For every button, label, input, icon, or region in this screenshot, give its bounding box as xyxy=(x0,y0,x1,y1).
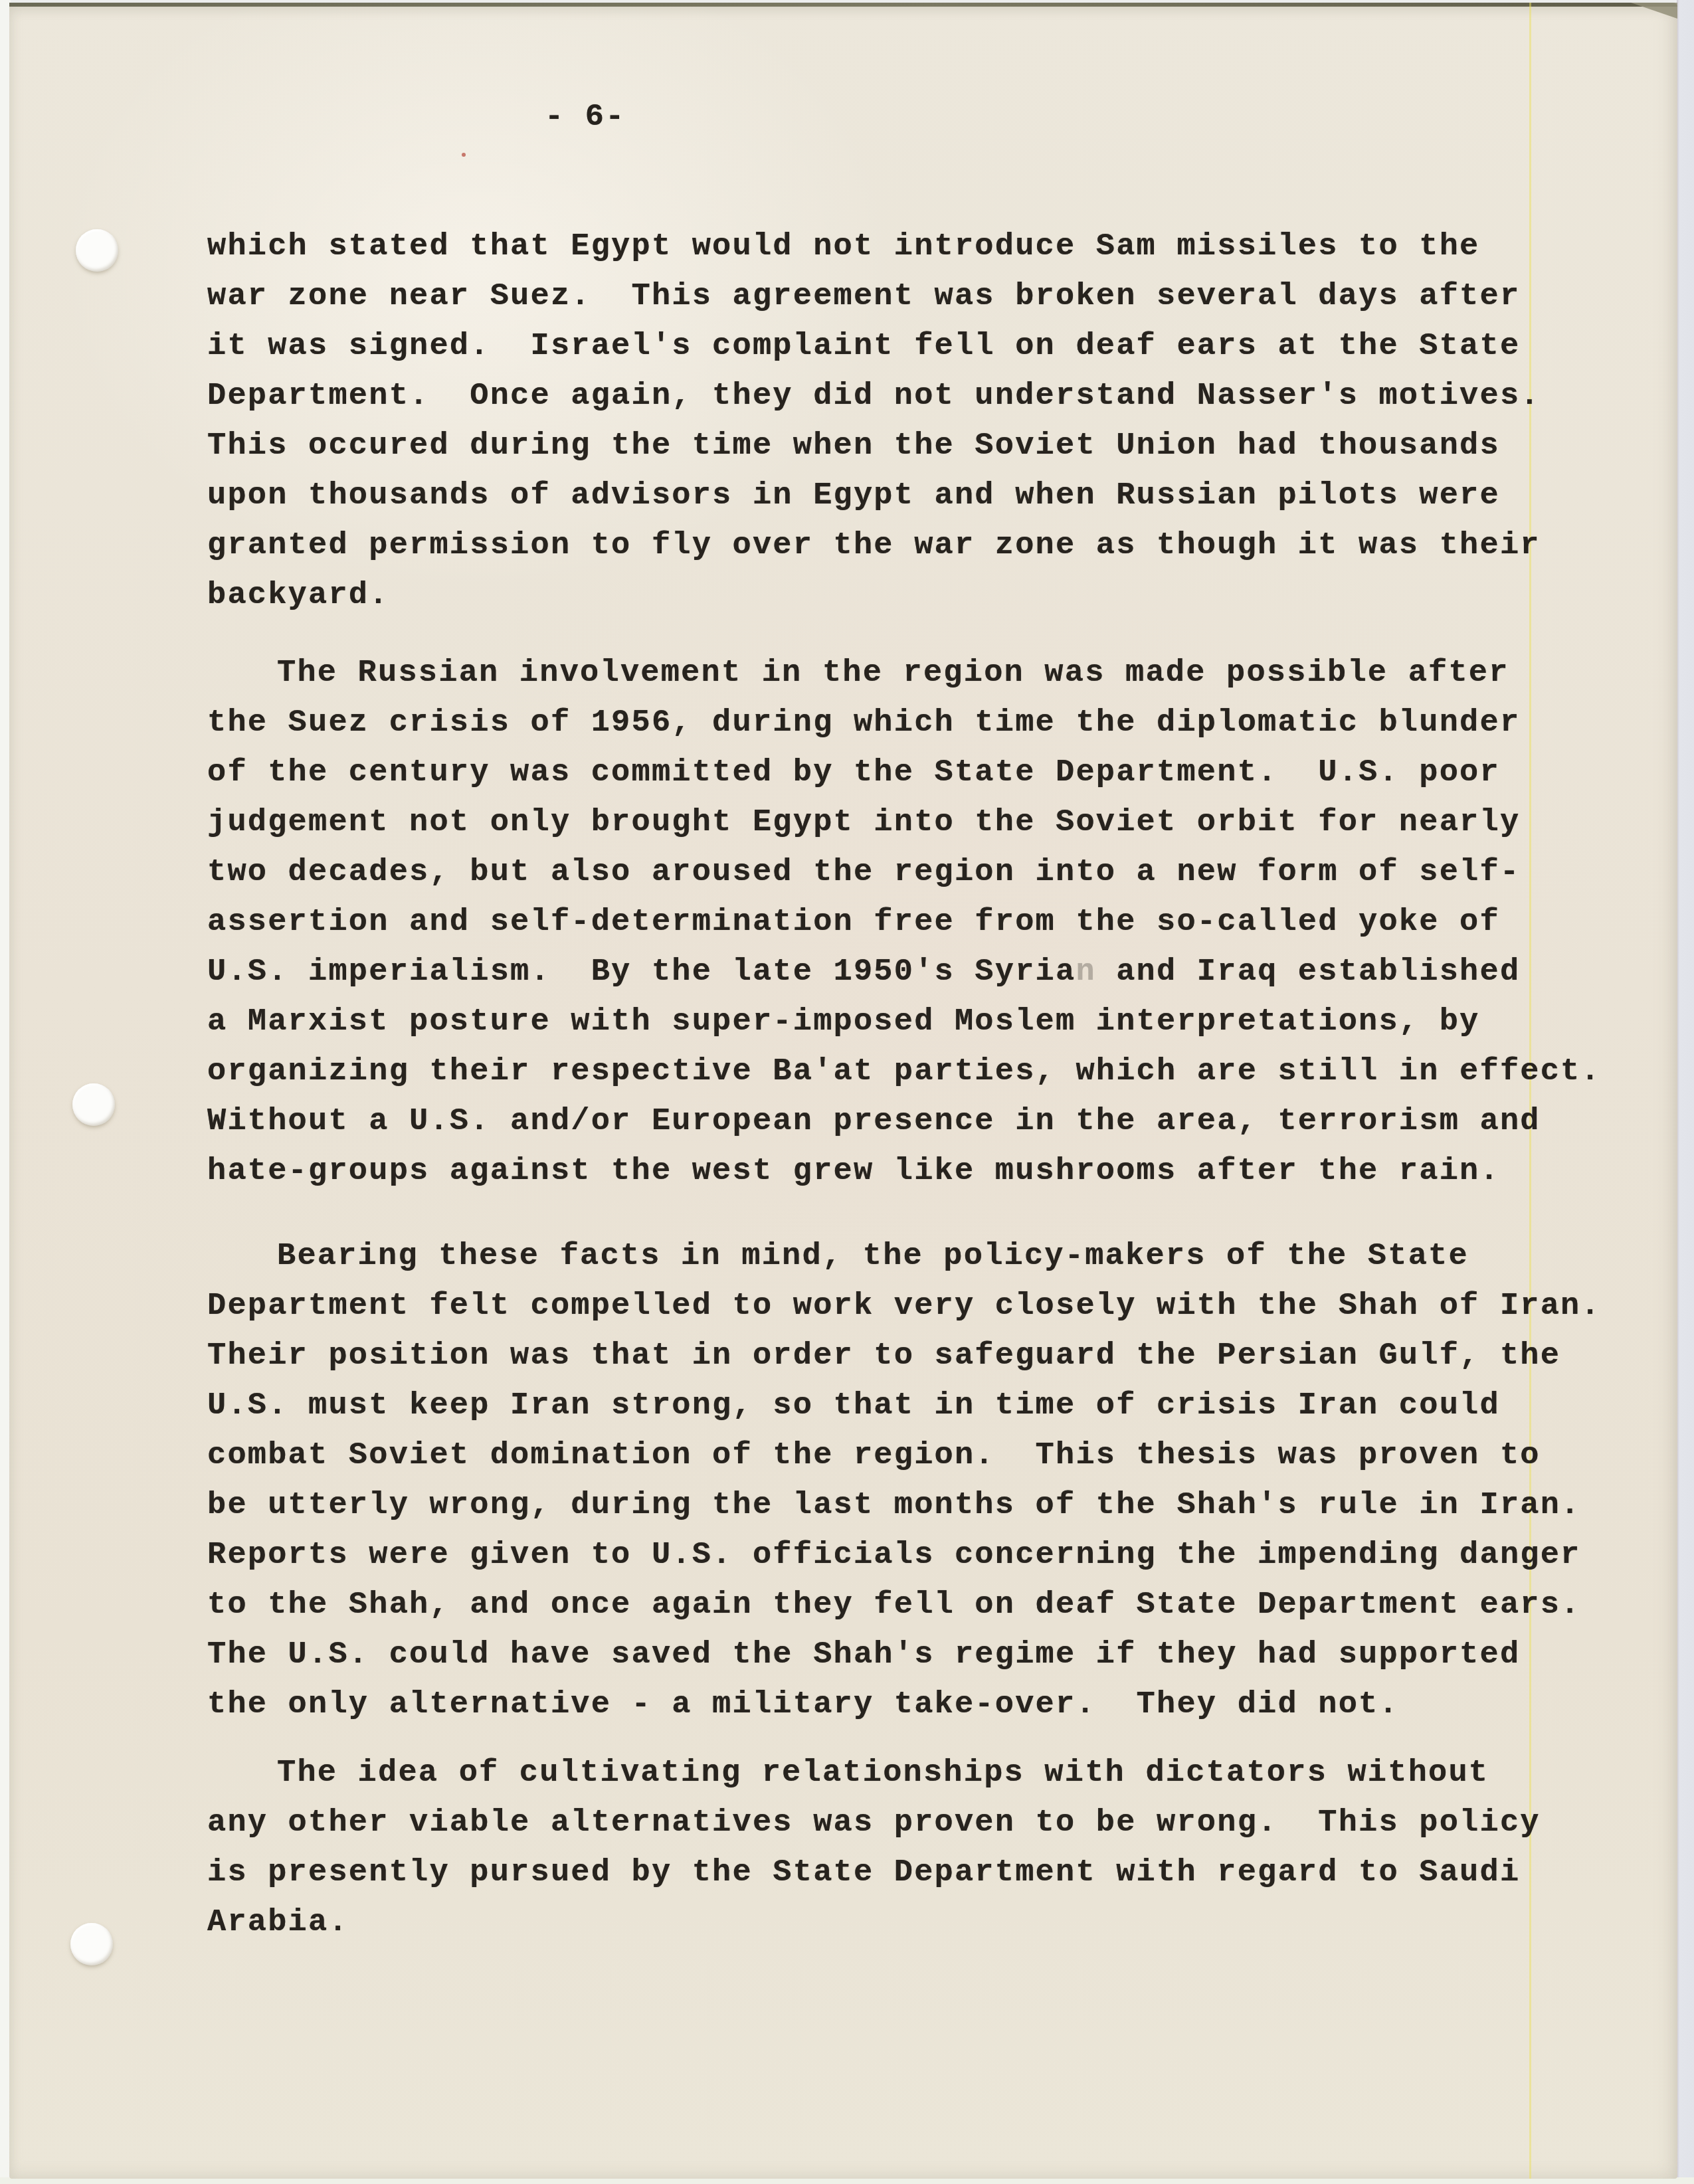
text-line: The idea of cultivating relationships wi… xyxy=(207,1748,1689,1798)
erased-character: n xyxy=(1076,955,1095,990)
text-line: war zone near Suez. This agreement was b… xyxy=(207,272,1689,321)
text-line: is presently pursued by the State Depart… xyxy=(207,1848,1689,1898)
text-segment: and Iraq established xyxy=(1096,955,1521,990)
text-line: organizing their respective Ba'at partie… xyxy=(207,1047,1689,1097)
scanned-document: - 6- which stated that Egypt would not i… xyxy=(0,0,1694,2184)
text-line: which stated that Egypt would not introd… xyxy=(207,222,1689,272)
text-line: any other viable alternatives was proven… xyxy=(207,1798,1689,1848)
text-line: two decades, but also aroused the region… xyxy=(207,848,1689,897)
text-line: This occured during the time when the So… xyxy=(207,421,1689,471)
text-segment: U.S. imperialism. By the late 1950's Syr… xyxy=(207,955,1076,990)
text-line: the Suez crisis of 1956, during which ti… xyxy=(207,698,1689,748)
paragraph-4: The idea of cultivating relationships wi… xyxy=(207,1748,1689,1948)
text-line: Department. Once again, they did not und… xyxy=(207,371,1689,421)
text-line: Arabia. xyxy=(207,1898,1689,1948)
text-line: U.S. must keep Iran strong, so that in t… xyxy=(207,1381,1689,1431)
text-line: upon thousands of advisors in Egypt and … xyxy=(207,471,1689,521)
paragraph-2: The Russian involvement in the region wa… xyxy=(207,648,1689,1196)
paragraph-3: Bearing these facts in mind, the policy-… xyxy=(207,1231,1689,1730)
text-line: of the century was committed by the Stat… xyxy=(207,748,1689,798)
page-top-edge xyxy=(9,3,1677,7)
text-line: Bearing these facts in mind, the policy-… xyxy=(207,1231,1689,1281)
text-line: The U.S. could have saved the Shah's reg… xyxy=(207,1630,1689,1680)
text-line: Department felt compelled to work very c… xyxy=(207,1281,1689,1331)
text-line: The Russian involvement in the region wa… xyxy=(207,648,1689,698)
text-line: Without a U.S. and/or European presence … xyxy=(207,1097,1689,1146)
page-number: - 6- xyxy=(545,92,626,142)
punch-hole-middle xyxy=(72,1083,115,1126)
document-page: - 6- which stated that Egypt would not i… xyxy=(9,3,1677,2179)
text-line: combat Soviet domination of the region. … xyxy=(207,1431,1689,1481)
text-line: backyard. xyxy=(207,571,1689,620)
text-line: to the Shah, and once again they fell on… xyxy=(207,1580,1689,1630)
text-line: it was signed. Israel's complaint fell o… xyxy=(207,321,1689,371)
text-line: be utterly wrong, during the last months… xyxy=(207,1481,1689,1530)
text-line: the only alternative - a military take-o… xyxy=(207,1680,1689,1730)
text-line: assertion and self-determination free fr… xyxy=(207,897,1689,947)
text-line: hate-groups against the west grew like m… xyxy=(207,1146,1689,1196)
text-line: U.S. imperialism. By the late 1950's Syr… xyxy=(207,947,1689,997)
text-line: granted permission to fly over the war z… xyxy=(207,521,1689,571)
text-line: judgement not only brought Egypt into th… xyxy=(207,798,1689,848)
text-line: Their position was that in order to safe… xyxy=(207,1331,1689,1381)
scan-speck xyxy=(462,153,466,157)
text-line: Reports were given to U.S. officials con… xyxy=(207,1530,1689,1580)
page-corner-fold xyxy=(1631,3,1677,19)
document-body: which stated that Egypt would not introd… xyxy=(207,222,1689,1948)
punch-hole-top xyxy=(76,229,118,272)
text-line: a Marxist posture with super-imposed Mos… xyxy=(207,997,1689,1047)
paragraph-1: which stated that Egypt would not introd… xyxy=(207,222,1689,620)
punch-hole-bottom xyxy=(70,1923,113,1965)
